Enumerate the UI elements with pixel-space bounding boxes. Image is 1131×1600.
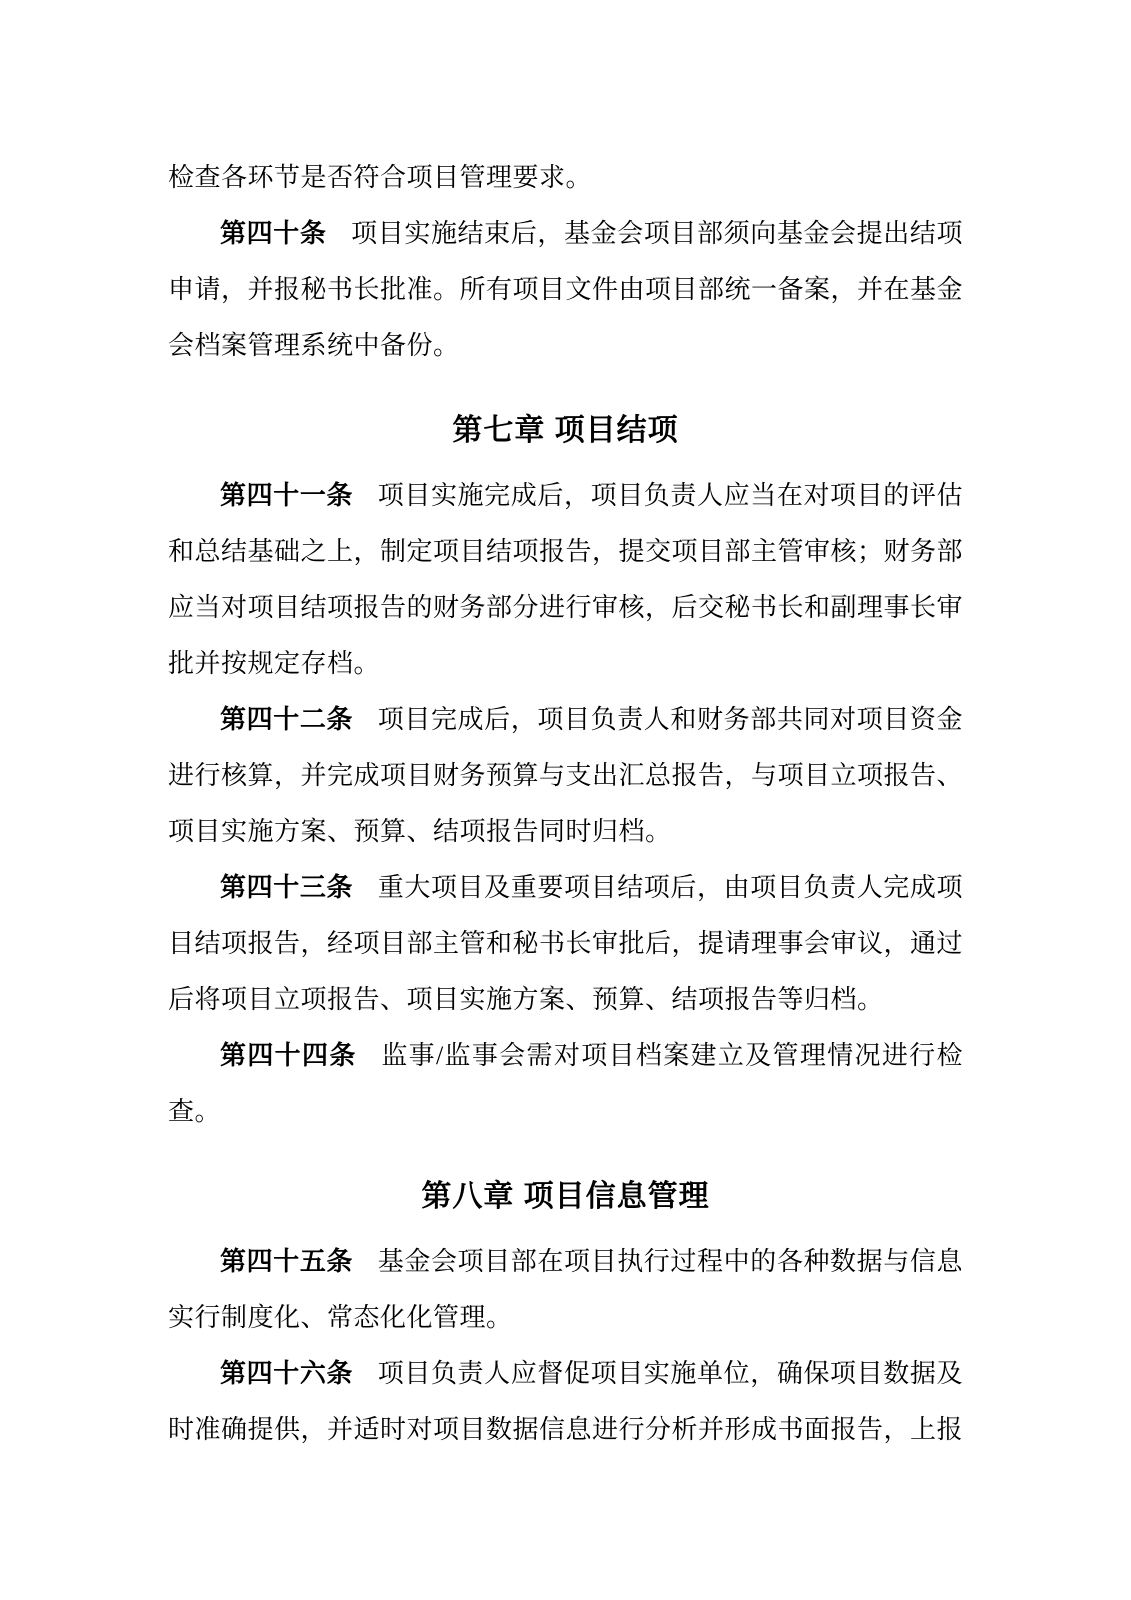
document-page: 检查各环节是否符合项目管理要求。 第四十条项目实施结束后，基金会项目部须向基金会… (0, 0, 1131, 1600)
article-44: 第四十四条监事/监事会需对项目档案建立及管理情况进行检查。 (168, 1028, 963, 1140)
chapter-7-heading: 第七章 项目结项 (168, 402, 963, 460)
article-42: 第四十二条项目完成后，项目负责人和财务部共同对项目资金进行核算，并完成项目财务预… (168, 692, 963, 860)
chapter-8-heading: 第八章 项目信息管理 (168, 1168, 963, 1226)
article-42-number: 第四十二条 (220, 705, 353, 734)
article-41-text: 项目实施完成后，项目负责人应当在对项目的评估和总结基础之上，制定项目结项报告，提… (168, 481, 963, 678)
article-45: 第四十五条基金会项目部在项目执行过程中的各种数据与信息实行制度化、常态化化管理。 (168, 1234, 963, 1346)
document-content: 检查各环节是否符合项目管理要求。 第四十条项目实施结束后，基金会项目部须向基金会… (168, 150, 963, 1458)
article-41-number: 第四十一条 (220, 481, 353, 510)
article-45-number: 第四十五条 (220, 1247, 353, 1276)
article-43-number: 第四十三条 (220, 873, 353, 902)
article-41: 第四十一条项目实施完成后，项目负责人应当在对项目的评估和总结基础之上，制定项目结… (168, 468, 963, 692)
article-40-number: 第四十条 (220, 219, 326, 248)
continuation-paragraph: 检查各环节是否符合项目管理要求。 (168, 150, 963, 206)
article-46: 第四十六条项目负责人应督促项目实施单位，确保项目数据及时准确提供，并适时对项目数… (168, 1346, 963, 1458)
article-44-number: 第四十四条 (220, 1041, 357, 1070)
article-43: 第四十三条重大项目及重要项目结项后，由项目负责人完成项目结项报告，经项目部主管和… (168, 860, 963, 1028)
article-40: 第四十条项目实施结束后，基金会项目部须向基金会提出结项申请，并报秘书长批准。所有… (168, 206, 963, 374)
article-46-number: 第四十六条 (220, 1359, 353, 1388)
